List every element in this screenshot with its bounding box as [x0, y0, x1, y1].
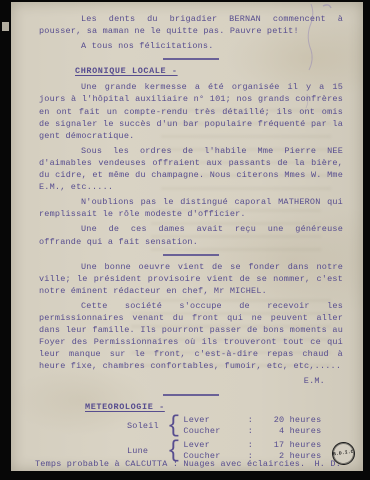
- meteo-event: Lever: [183, 415, 237, 427]
- section-divider: [163, 254, 219, 256]
- meteo-time: 20 heures: [263, 415, 321, 427]
- document-page: Les dents du brigadier BERNAN commencent…: [11, 2, 363, 471]
- brace-glyph: {: [167, 415, 180, 438]
- meteo-event: Coucher: [183, 426, 237, 438]
- paragraph-kermesse: Une grande kermesse a été organisée il y…: [39, 81, 343, 141]
- colon-separator: :: [237, 426, 263, 438]
- meteo-line: Lever : 20 heures: [183, 415, 321, 427]
- scanned-document: { "colors": { "ink": "#574d8f", "paper":…: [0, 0, 370, 480]
- intro-congratulations: A tous nos félicitations.: [81, 40, 343, 52]
- colon-separator: :: [237, 440, 263, 452]
- meteo-time: 4 heures: [263, 426, 321, 438]
- section-divider: [163, 58, 219, 60]
- scan-edge-notch: [2, 22, 9, 31]
- paragraph-caporal: N'oublions pas le distingué caporal MATH…: [39, 196, 343, 220]
- meteo-line: Lever : 17 heures: [183, 440, 321, 452]
- colon-separator: :: [237, 415, 263, 427]
- intro-paragraph: Les dents du brigadier BERNAN commencent…: [39, 13, 343, 37]
- meteo-body-label: Soleil: [127, 420, 167, 432]
- paragraph-vendeuses: Sous les ordres de l'habile Mme Pierre N…: [39, 145, 343, 193]
- paragraph-offrande: Une de ces dames avait reçu une généreus…: [39, 223, 343, 247]
- meteo-event: Lever: [183, 440, 237, 452]
- section-divider: [163, 394, 219, 396]
- meteo-row-soleil: Soleil { Lever : 20 heures Coucher : 4 h…: [127, 415, 343, 438]
- meteorologie-heading: METEOROLOGIE -: [85, 401, 343, 413]
- author-initials: E.M.: [39, 375, 325, 387]
- paragraph-permissionnaires: Cette société s'occupe de recevoir les p…: [39, 300, 343, 373]
- weather-forecast-line: Temps probable à CALCUTTA : Nuages avec …: [35, 459, 341, 469]
- forecast-text: Temps probable à CALCUTTA : Nuages avec …: [35, 459, 305, 469]
- paragraph-bonne-oeuvre: Une bonne oeuvre vient de se fonder dans…: [39, 261, 343, 297]
- meteo-time: 17 heures: [263, 440, 321, 452]
- stamp-text: B.D.I.C: [333, 450, 354, 458]
- meteo-body-label: Lune: [127, 445, 167, 457]
- meteo-line: Coucher : 4 heures: [183, 426, 321, 438]
- chronique-locale-heading: CHRONIQUE LOCALE -: [75, 65, 343, 77]
- typewritten-text: Les dents du brigadier BERNAN commencent…: [11, 2, 363, 471]
